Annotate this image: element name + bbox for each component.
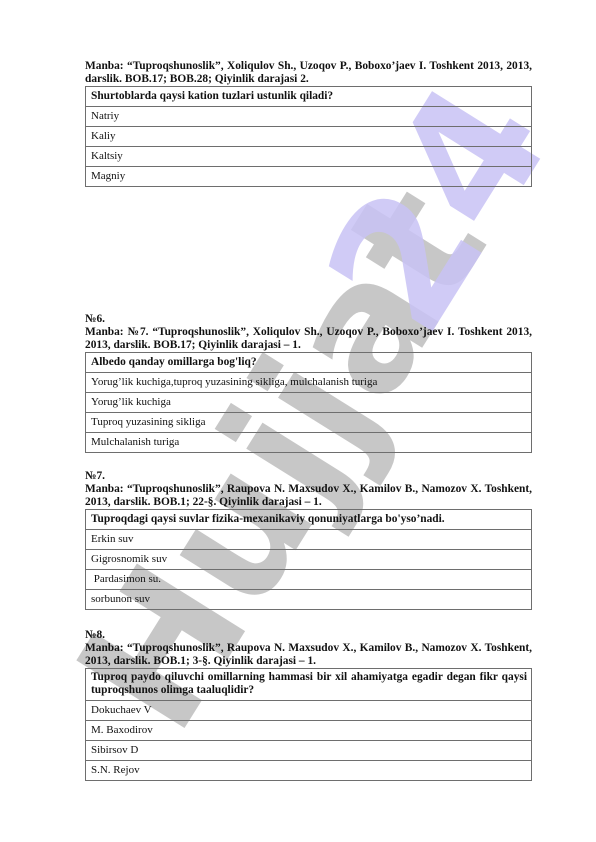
question-text: Shurtoblarda qaysi kation tuzlari ustunl… <box>86 87 532 107</box>
answer-option: Magniy <box>86 167 532 187</box>
answer-option: Natriy <box>86 107 532 127</box>
source-citation: Manba: “Tuproqshunoslik”, Raupova N. Max… <box>85 483 532 509</box>
question-block-7: №7. Manba: “Tuproqshunoslik”, Raupova N.… <box>85 470 532 610</box>
source-citation: Manba: “Tuproqshunoslik”, Xoliqulov Sh.,… <box>85 60 532 86</box>
answer-option: Dokuchaev V <box>86 701 532 721</box>
answer-option: Mulchalanish turiga <box>86 433 532 453</box>
answer-option: Yorug’lik kuchiga,tuproq yuzasining sikl… <box>86 373 532 393</box>
question-block-6: №6. Manba: №7. “Tuproqshunoslik”, Xoliqu… <box>85 313 532 453</box>
answer-option: Kaliy <box>86 127 532 147</box>
question-block-8: №8. Manba: “Tuproqshunoslik”, Raupova N.… <box>85 629 532 781</box>
question-table: Tuproq paydo qiluvchi omillarning hammas… <box>85 668 532 781</box>
question-table: Tuproqdagi qaysi suvlar fizika-mexanikav… <box>85 509 532 610</box>
question-text: Tuproqdagi qaysi suvlar fizika-mexanikav… <box>86 510 532 530</box>
question-text: Tuproq paydo qiluvchi omillarning hammas… <box>86 669 532 701</box>
answer-option: Erkin suv <box>86 530 532 550</box>
source-citation: Manba: “Tuproqshunoslik”, Raupova N. Max… <box>85 642 532 668</box>
answer-option: Yorug’lik kuchiga <box>86 393 532 413</box>
answer-option: M. Baxodirov <box>86 721 532 741</box>
answer-option: sorbunon suv <box>86 590 532 610</box>
answer-option: Kaltsiy <box>86 147 532 167</box>
source-citation: Manba: №7. “Tuproqshunoslik”, Xoliqulov … <box>85 326 532 352</box>
answer-option: S.N. Rejov <box>86 761 532 781</box>
question-table: Albedo qanday omillarga bog'liq? Yorug’l… <box>85 352 532 453</box>
question-block-1: Manba: “Tuproqshunoslik”, Xoliqulov Sh.,… <box>85 60 532 187</box>
answer-option: Sibirsov D <box>86 741 532 761</box>
answer-option: Pardasimon su. <box>86 570 532 590</box>
question-number: №6. <box>85 313 532 326</box>
answer-option: Gigrosnomik suv <box>86 550 532 570</box>
question-table: Shurtoblarda qaysi kation tuzlari ustunl… <box>85 86 532 187</box>
question-number: №7. <box>85 470 532 483</box>
question-number: №8. <box>85 629 532 642</box>
question-text: Albedo qanday omillarga bog'liq? <box>86 353 532 373</box>
answer-option: Tuproq yuzasining sikliga <box>86 413 532 433</box>
